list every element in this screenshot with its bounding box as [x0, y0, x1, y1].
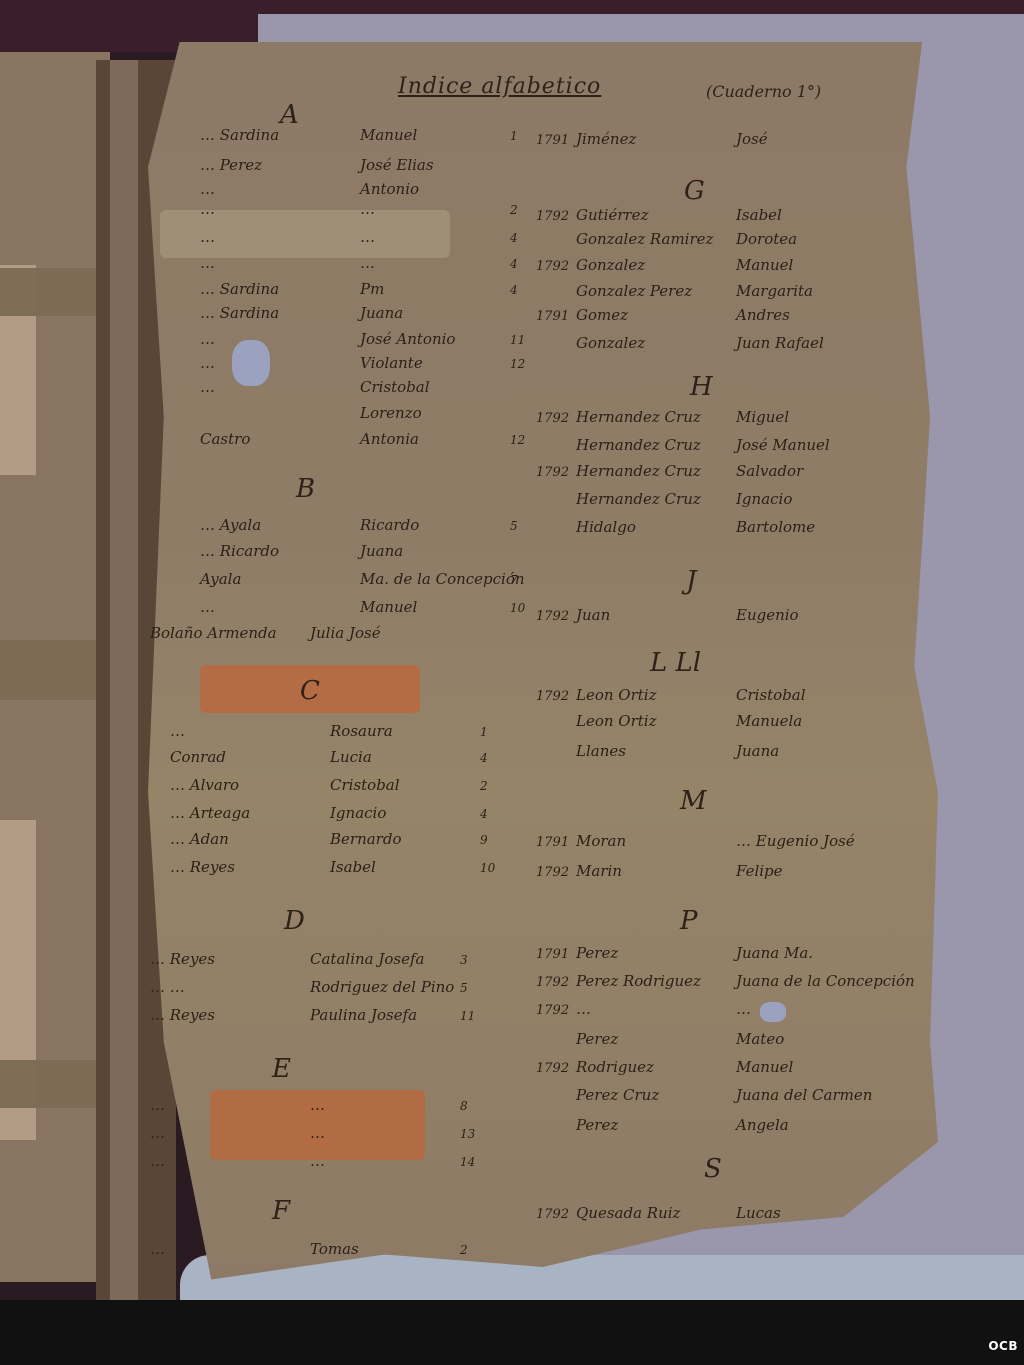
section-letter-p: P — [680, 906, 698, 936]
index-entry: …Rosaura1 — [170, 722, 510, 740]
index-entry: … ReyesIsabel10 — [170, 858, 510, 876]
index-entry: 1791Moran… Eugenio José — [536, 832, 886, 850]
index-entry: Leon OrtizManuela — [536, 712, 886, 730]
title-note: (Cuaderno 1°) — [706, 82, 821, 101]
index-entry: HidalgoBartolome — [536, 518, 886, 536]
index-entry: Perez CruzJuana del Carmen — [536, 1086, 886, 1104]
index-entry: 1791JiménezJosé — [536, 130, 886, 148]
index-entry: 1792GonzalezManuel — [536, 256, 886, 274]
index-entry: …Antonio — [200, 180, 540, 198]
section-letter-f: F — [272, 1196, 290, 1226]
index-entry: … SardinaManuel1 — [200, 126, 540, 144]
index-entry: 1791GomezAndres — [536, 306, 886, 324]
index-entry: … AyalaRicardo5 — [200, 516, 540, 534]
index-entry: AyalaMa. de la Concepción7 — [200, 570, 540, 588]
index-entry: Hernandez CruzIgnacio — [536, 490, 886, 508]
section-letter-m: M — [680, 786, 707, 816]
book-spine-tape — [110, 60, 138, 1300]
index-entry: Lorenzo — [200, 404, 540, 422]
section-letter-l-ll: L Ll — [650, 648, 701, 678]
index-entry: …Violante12 — [200, 354, 540, 372]
section-letter-j: J — [686, 566, 696, 596]
section-letter-d: D — [284, 906, 305, 936]
watermark-logo: OCB — [988, 1339, 1018, 1353]
index-entry: … SardinaPm4 — [200, 280, 540, 298]
index-entry: 1792Perez RodriguezJuana de la Concepció… — [536, 972, 886, 990]
index-entry: ……2 — [200, 200, 540, 218]
index-entry: …Tomas2 — [150, 1240, 490, 1258]
index-entry: … ArteagaIgnacio4 — [170, 804, 510, 822]
index-entry: Bolaño ArmendaJulia José — [150, 624, 490, 642]
index-entry: PerezMateo — [536, 1030, 886, 1048]
index-entry: ……13 — [150, 1124, 490, 1142]
section-letter-e: E — [272, 1054, 291, 1084]
index-entry: 1792GutiérrezIsabel — [536, 206, 886, 224]
index-entry: … RicardoJuana — [200, 542, 540, 560]
index-entry: 1792Hernandez CruzSalvador — [536, 462, 886, 480]
section-letter-c: C — [300, 676, 320, 706]
index-entry: 1792Leon OrtizCristobal — [536, 686, 886, 704]
index-entry: PerezAngela — [536, 1116, 886, 1134]
section-letter-g: G — [684, 176, 705, 206]
index-entry: ConradLucia4 — [170, 748, 510, 766]
index-entry: 1792…… — [536, 1000, 886, 1018]
index-entry: ……4 — [200, 254, 540, 272]
index-entry: …Cristobal — [200, 378, 540, 396]
index-entry: ……4 — [200, 228, 540, 246]
index-entry: … ReyesCatalina Josefa3 — [150, 950, 490, 968]
index-entry: 1792MarinFelipe — [536, 862, 886, 880]
index-entry: … SardinaJuana — [200, 304, 540, 322]
index-entry: … AlvaroCristobal2 — [170, 776, 510, 794]
index-entry: GonzalezJuan Rafael — [536, 334, 886, 352]
page-title: Indice alfabetico — [398, 74, 601, 99]
index-entry: …José Antonio11 — [200, 330, 540, 348]
section-letter-h: H — [690, 372, 713, 402]
index-entry: 1792Quesada RuizLucas — [536, 1204, 886, 1222]
index-entry: 1792JuanEugenio — [536, 606, 886, 624]
section-letter-s: S — [704, 1154, 722, 1184]
index-entry: … AdanBernardo9 — [170, 830, 510, 848]
index-entry: 1791PerezJuana Ma. — [536, 944, 886, 962]
section-letter-b: B — [296, 474, 315, 504]
index-entry: CastroAntonia12 — [200, 430, 540, 448]
index-entry: 1792RodriguezManuel — [536, 1058, 886, 1076]
index-entry: 1792Hernandez CruzMiguel — [536, 408, 886, 426]
index-entry: ……8 — [150, 1096, 490, 1114]
index-entry: … ReyesPaulina Josefa11 — [150, 1006, 490, 1024]
index-entry: ……14 — [150, 1152, 490, 1170]
index-entry: LlanesJuana — [536, 742, 886, 760]
index-entry: Gonzalez PerezMargarita — [536, 282, 886, 300]
index-entry: …Manuel10 — [200, 598, 540, 616]
index-entry: … …Rodriguez del Pino5 — [150, 978, 490, 996]
index-entry: Hernandez CruzJosé Manuel — [536, 436, 886, 454]
index-entry: … PerezJosé Elias — [200, 156, 540, 174]
background-bottom — [0, 1300, 1024, 1365]
index-entry: Gonzalez RamirezDorotea — [536, 230, 886, 248]
